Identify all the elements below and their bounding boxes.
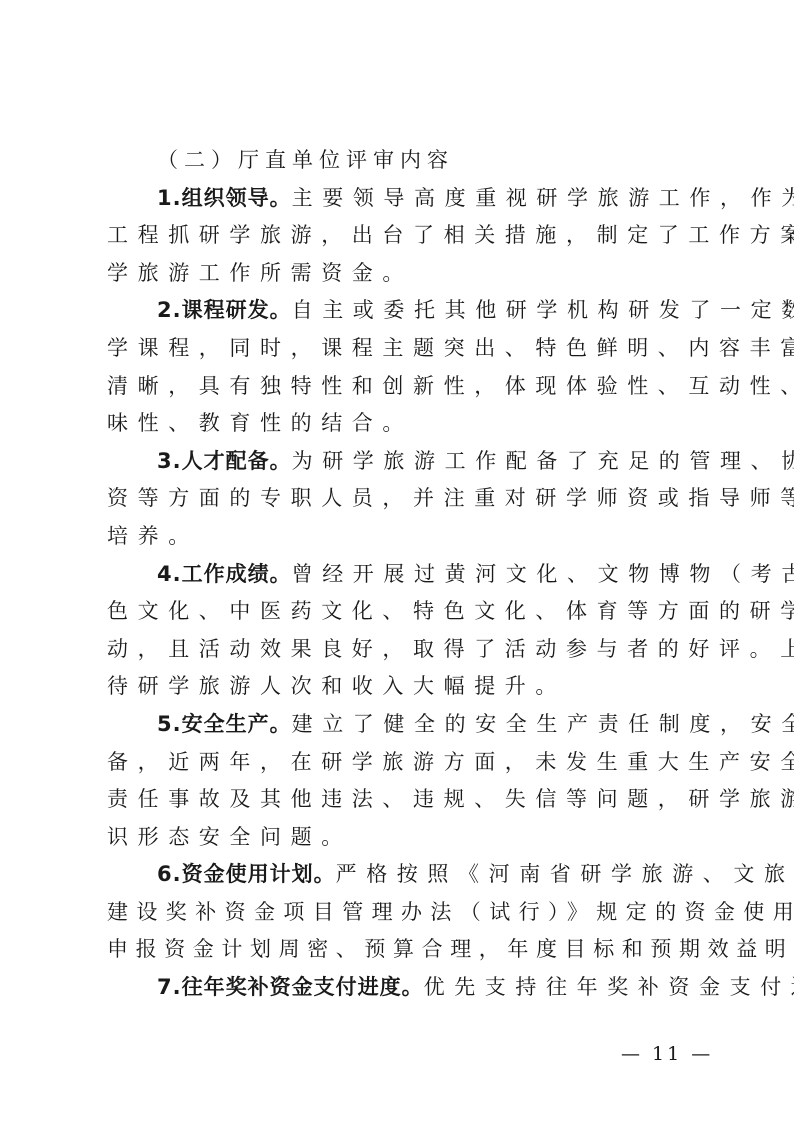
document-page: （二）厅直单位评审内容 1.组织领导。主要领导高度重视研学旅游工作，作为一把手 …: [107, 142, 701, 1007]
item-3-text: 为研学旅游工作配备了充足的管理、协调、师: [292, 449, 794, 473]
item-6-line-1: 6.资金使用计划。严格按照《河南省研学旅游、文旅数字化: [107, 856, 701, 894]
item-6-text: 严格按照《河南省研学旅游、文旅数字化: [336, 862, 794, 886]
item-6-title: 6.资金使用计划。: [157, 862, 336, 886]
item-1-text: 主要领导高度重视研学旅游工作，作为一把手: [292, 186, 794, 210]
item-1-line-2: 工程抓研学旅游，出台了相关措施，制定了工作方案，配备了研: [107, 217, 701, 255]
item-5-line-4: 识形态安全问题。: [107, 819, 701, 857]
item-4-line-2: 色文化、中医药文化、特色文化、体育等方面的研学旅游实践活: [107, 593, 701, 631]
item-1-line-1: 1.组织领导。主要领导高度重视研学旅游工作，作为一把手: [107, 180, 701, 218]
item-2-line-3: 清晰，具有独特性和创新性，体现体验性、互动性、科学性、趣: [107, 368, 701, 406]
item-2-line-2: 学课程，同时，课程主题突出、特色鲜明、内容丰富，服务对象: [107, 330, 701, 368]
item-4-text: 曾经开展过黄河文化、文物博物（考古）、红: [292, 562, 794, 586]
item-2-line-4: 味性、教育性的结合。: [107, 405, 701, 443]
item-5-line-2: 备，近两年，在研学旅游方面，未发生重大生产安全、环境污染: [107, 744, 701, 782]
item-2-title: 2.课程研发。: [157, 298, 292, 322]
section-heading: （二）厅直单位评审内容: [107, 142, 701, 180]
item-4-line-3: 动，且活动效果良好，取得了活动参与者的好评。上年度同期接: [107, 631, 701, 669]
item-2-text: 自主或委托其他研学机构研发了一定数量的研: [292, 298, 794, 322]
item-5-line-3: 责任事故及其他违法、违规、失信等问题，研学旅游工作中无意: [107, 781, 701, 819]
item-1-title: 1.组织领导。: [157, 186, 292, 210]
item-1-line-3: 学旅游工作所需资金。: [107, 255, 701, 293]
item-5-title: 5.安全生产。: [157, 712, 292, 736]
item-3-title: 3.人才配备。: [157, 449, 292, 473]
item-3-line-3: 培养。: [107, 518, 701, 556]
item-5-text: 建立了健全的安全生产责任制度，安全设施完: [292, 712, 794, 736]
item-5-line-1: 5.安全生产。建立了健全的安全生产责任制度，安全设施完: [107, 706, 701, 744]
item-4-line-4: 待研学旅游人次和收入大幅提升。: [107, 668, 701, 706]
item-4-title: 4.工作成绩。: [157, 562, 292, 586]
item-7-title: 7.往年奖补资金支付进度。: [157, 975, 424, 999]
item-4-line-1: 4.工作成绩。曾经开展过黄河文化、文物博物（考古）、红: [107, 556, 701, 594]
item-6-line-2: 建设奖补资金项目管理办法（试行）》规定的资金使用范围支出，: [107, 894, 701, 932]
item-2-line-1: 2.课程研发。自主或委托其他研学机构研发了一定数量的研: [107, 292, 701, 330]
item-7-line-1: 7.往年奖补资金支付进度。优先支持往年奖补资金支付进度: [107, 969, 701, 1007]
item-6-line-3: 申报资金计划周密、预算合理，年度目标和预期效益明晰。: [107, 931, 701, 969]
item-7-text: 优先支持往年奖补资金支付进度: [424, 975, 794, 999]
page-number: — 11 —: [621, 1043, 713, 1065]
item-3-line-2: 资等方面的专职人员，并注重对研学师资或指导师等人才的培训: [107, 480, 701, 518]
item-3-line-1: 3.人才配备。为研学旅游工作配备了充足的管理、协调、师: [107, 443, 701, 481]
